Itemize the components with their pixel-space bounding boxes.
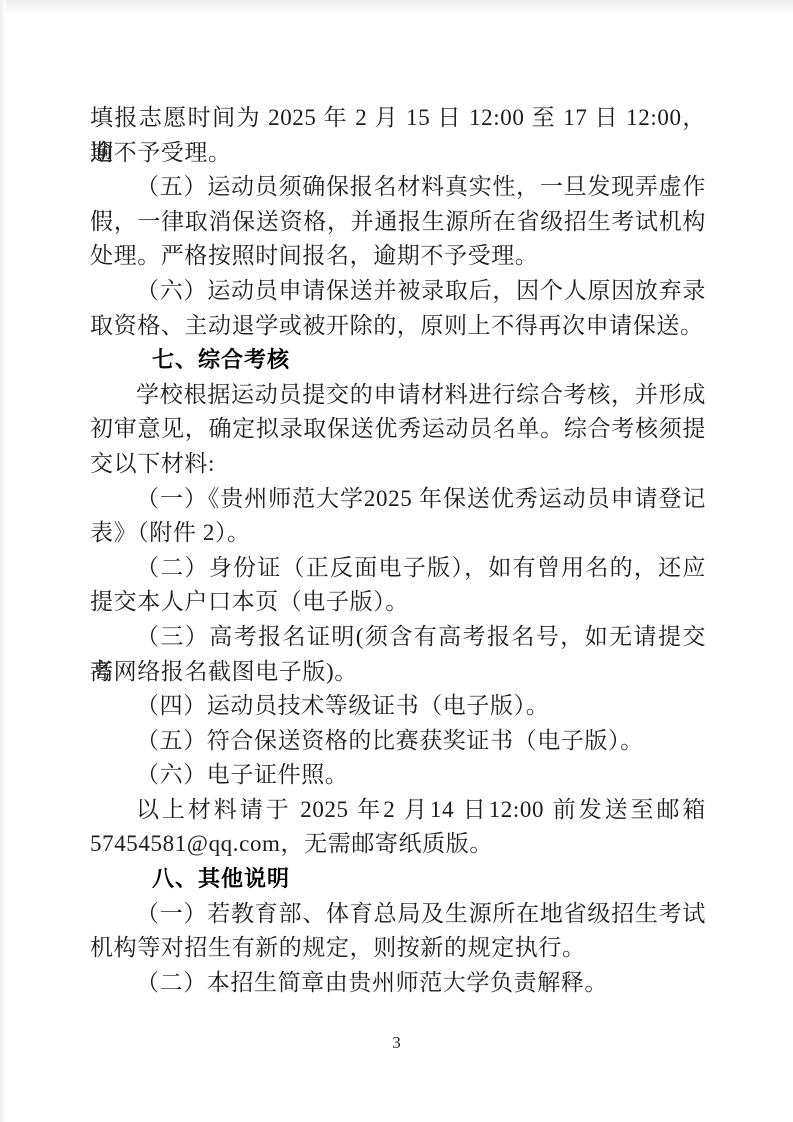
text-line: （二）身份证（正反面电子版），如有曾用名的，还应 bbox=[90, 551, 706, 586]
text-line: 考网络报名截图电子版)。 bbox=[90, 655, 706, 690]
text-line: （一）若教育部、体育总局及生源所在地省级招生考试 bbox=[90, 897, 706, 932]
text-line: 期不予受理。 bbox=[90, 136, 706, 171]
text-line: （六）电子证件照。 bbox=[90, 758, 706, 793]
text-line: 填报志愿时间为 2025 年 2 月 15 日 12:00 至 17 日 12:… bbox=[90, 101, 706, 136]
text-line: （二）本招生简章由贵州师范大学负责解释。 bbox=[90, 966, 706, 1001]
text-line: 处理。严格按照时间报名，逾期不予受理。 bbox=[90, 239, 706, 274]
text-line: （三）高考报名证明(须含有高考报名号，如无请提交高 bbox=[90, 620, 706, 655]
text-line: 初审意见，确定拟录取保送优秀运动员名单。综合考核须提 bbox=[90, 412, 706, 447]
text-line: （五）符合保送资格的比赛获奖证书（电子版）。 bbox=[90, 724, 706, 759]
text-line: 以上材料请于 2025 年2 月14 日12:00 前发送至邮箱 bbox=[90, 793, 706, 828]
text-line: 学校根据运动员提交的申请材料进行综合考核，并形成 bbox=[90, 378, 706, 413]
document-page: 填报志愿时间为 2025 年 2 月 15 日 12:00 至 17 日 12:… bbox=[0, 0, 793, 1122]
document-body: 填报志愿时间为 2025 年 2 月 15 日 12:00 至 17 日 12:… bbox=[90, 101, 706, 1000]
page-number: 3 bbox=[0, 1033, 793, 1053]
scan-edge-top bbox=[0, 0, 793, 14]
text-line: 交以下材料: bbox=[90, 447, 706, 482]
scan-edge-left bbox=[0, 0, 6, 1122]
text-line: 机构等对招生有新的规定，则按新的规定执行。 bbox=[90, 931, 706, 966]
section-heading: 七、综合考核 bbox=[90, 343, 706, 378]
text-line: 假，一律取消保送资格，并通报生源所在省级招生考试机构 bbox=[90, 205, 706, 240]
text-line: （一）《贵州师范大学2025 年保送优秀运动员申请登记 bbox=[90, 482, 706, 517]
section-heading: 八、其他说明 bbox=[90, 862, 706, 897]
text-line: 取资格、主动退学或被开除的，原则上不得再次申请保送。 bbox=[90, 309, 706, 344]
text-line: （五）运动员须确保报名材料真实性，一旦发现弄虚作 bbox=[90, 170, 706, 205]
text-line: 表》（附件 2）。 bbox=[90, 516, 706, 551]
text-line: 提交本人户口本页（电子版）。 bbox=[90, 585, 706, 620]
text-line: （四）运动员技术等级证书（电子版）。 bbox=[90, 689, 706, 724]
text-line: （六）运动员申请保送并被录取后，因个人原因放弃录 bbox=[90, 274, 706, 309]
text-line: 57454581@qq.com，无需邮寄纸质版。 bbox=[90, 827, 706, 862]
